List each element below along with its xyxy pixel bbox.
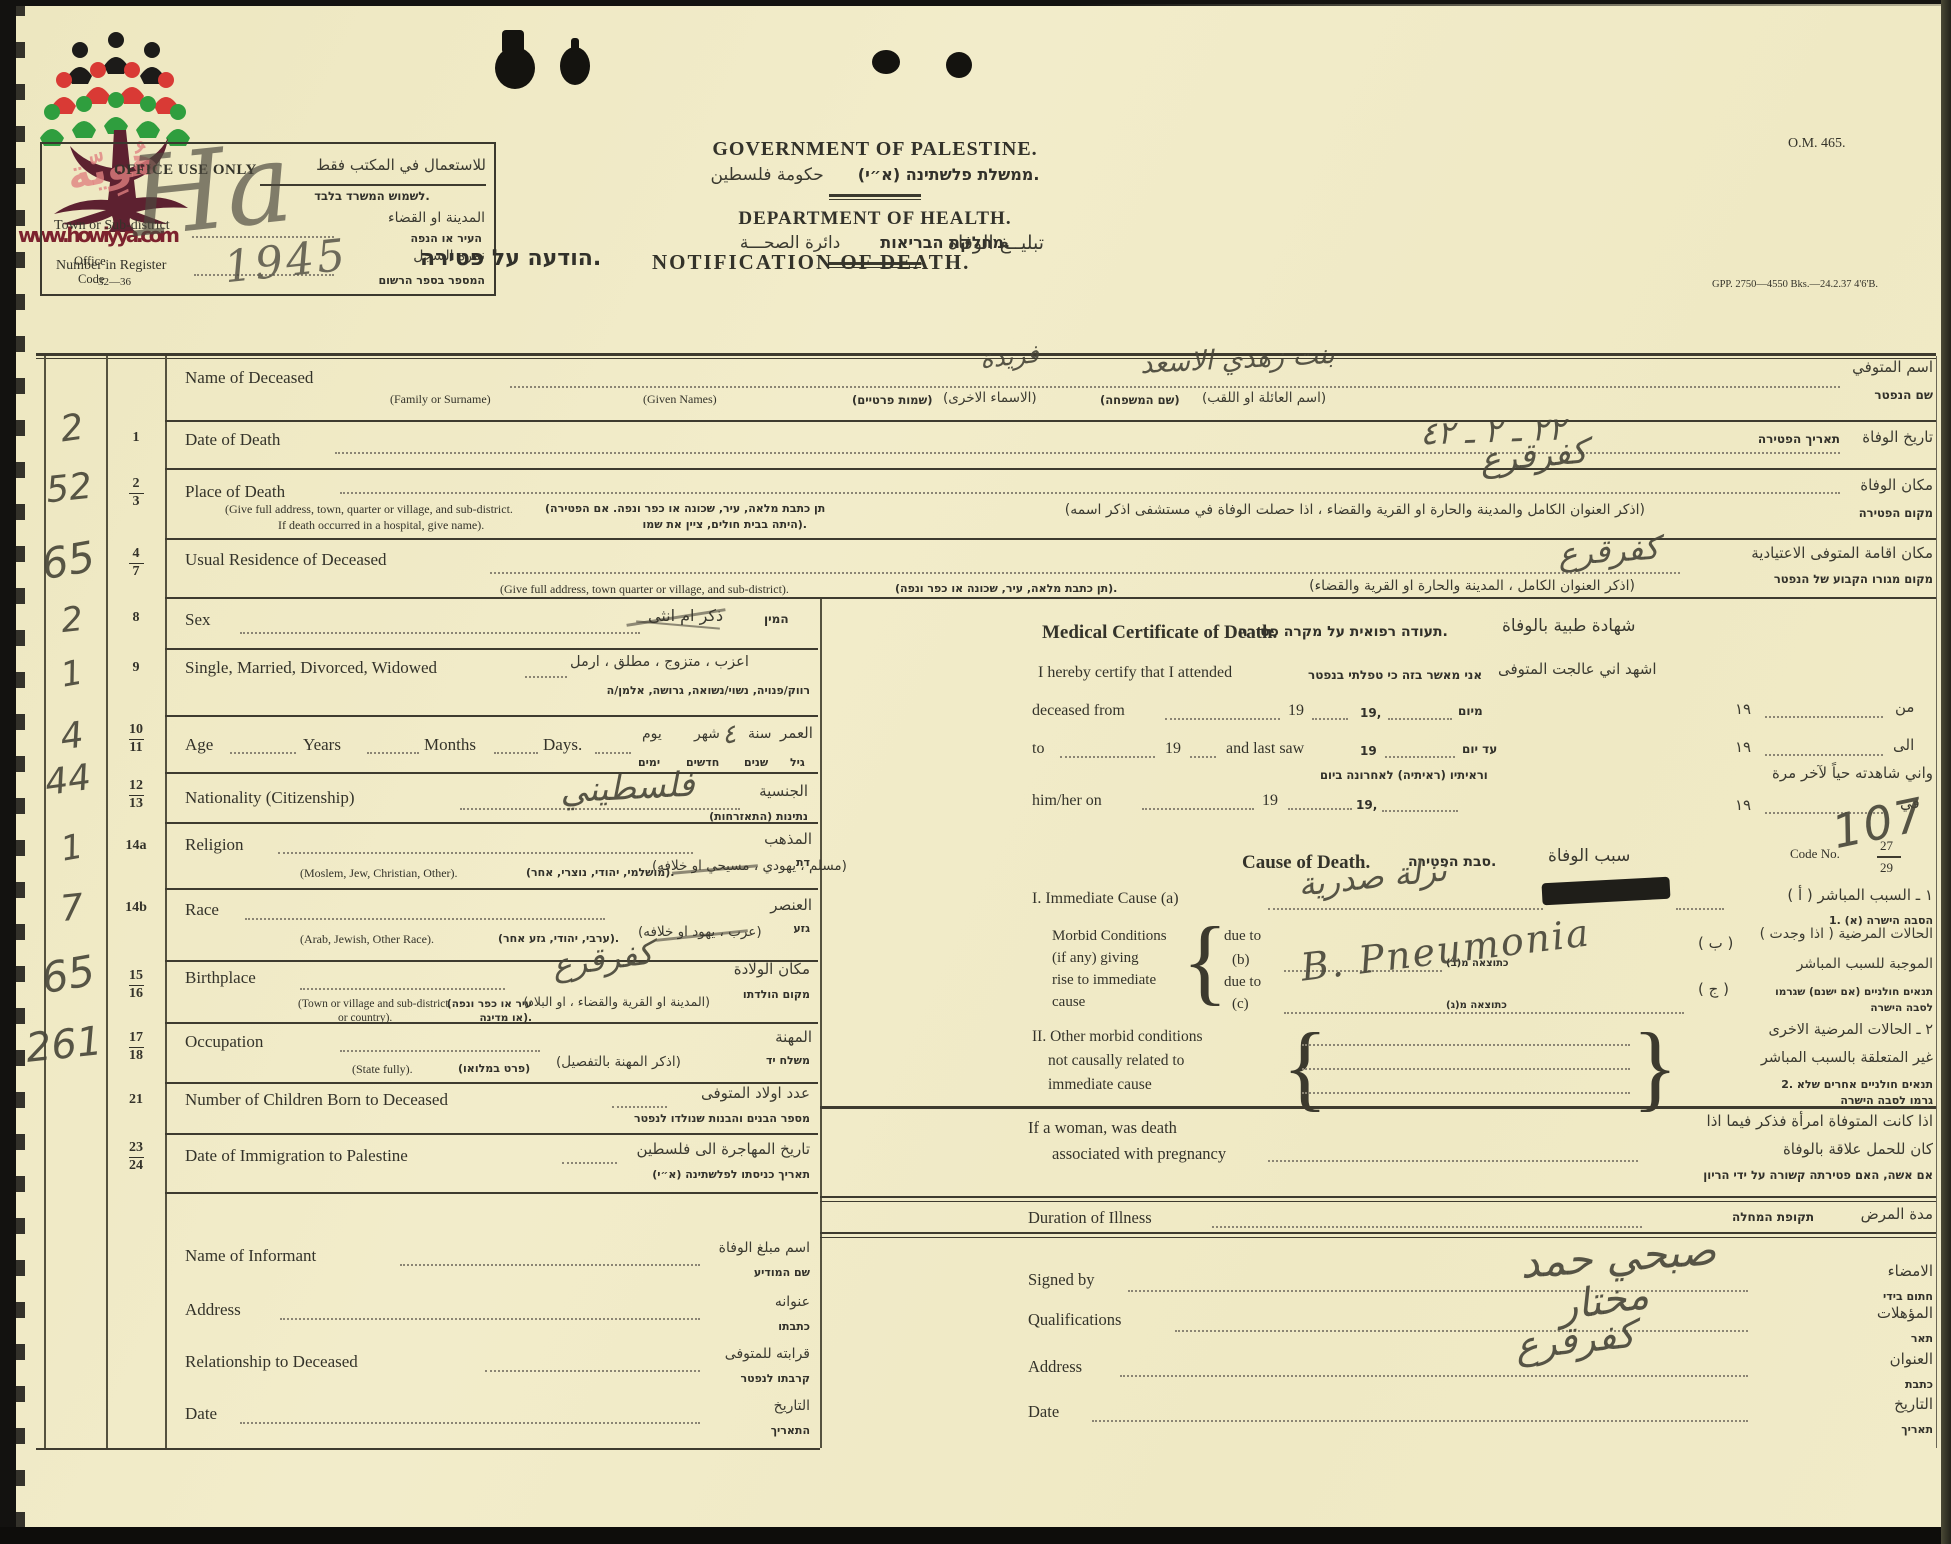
certify-statement-ar: اشهد اني عالجت المتوفى [1498,660,1657,678]
marital-label-ar: اعزب ، متزوج ، مطلق ، ارمل [570,654,749,670]
occupation-sub-ar: (اذكر المهنة بالتفصيل) [556,1054,681,1070]
print-reference: GPP. 2750—4550 Bks.—24.2.37 4'6'B. [1712,279,1878,290]
informant-relationship-label-he: קרבתו לנפטר [712,1372,810,1385]
birthplace-sub-en: (Town or village and sub-district [298,998,449,1010]
pregnancy-question-en: If a woman, was death [1028,1118,1177,1138]
office-code-value: 52 [28,464,110,513]
row-number: 21 [108,1092,164,1108]
place-sub-en: If death occurred in a hospital, give na… [278,518,484,533]
informant-address-fill-line [280,1318,700,1320]
marital-label-he: רווק/פנויה, נשוי/נשואה, גרושה, אלמן/ה [548,684,810,697]
last-saw-19-ar: ١٩ [1735,796,1751,814]
due-to-c-he: כתוצאה מ(ג) [1446,1000,1507,1011]
nationality-label-ar: الجنسية [748,782,808,800]
row-rule [165,468,1936,470]
c-label: (c) [1232,996,1249,1013]
brace-glyph: { [1282,1022,1328,1112]
row-number: 47 [108,546,164,580]
certify-statement-en: I hereby certify that I attended [1038,664,1232,682]
department-title-en: DEPARTMENT OF HEALTH. [640,208,1110,230]
other-morbid-text: immediate cause [1048,1076,1152,1094]
government-title-ar: حكومة فلسطين [711,165,824,185]
field-occupation: Occupation [185,1032,263,1052]
field-nationality: Nationality (Citizenship) [185,788,355,808]
children-label-ar: عدد اولاد المتوفى [672,1084,810,1102]
residence-sub-he: (תן כתבת מלאה, עיר, שכונה או כפר ונפה). [895,582,1117,595]
age-months-ar: شهر [694,726,720,742]
immediate-cause-label: I. Immediate Cause (a) [1032,890,1179,908]
row-rule [165,1133,818,1135]
cause-code-27: 27 [1880,838,1893,854]
panel-rule [820,1237,1936,1238]
row-number: 14a [108,838,164,854]
code-underline [1877,856,1901,858]
age-days-label: Days. [543,735,582,755]
place-fill-line [340,492,1840,494]
birthplace-fill-line [300,988,505,990]
row-rule [165,888,818,890]
race-label-ar: العنصر [752,896,812,914]
duration-label-ar: مدة المرض [1848,1205,1933,1223]
field-immigration-date: Date of Immigration to Palestine [185,1146,408,1166]
morbid-label-ar: الموجبة للسبب المباشر [1745,956,1933,972]
morbid-conditions-text: (if any) giving [1052,950,1139,967]
cause-of-death-title-ar: سبب الوفاة [1548,846,1630,866]
government-title-he: ממשלת פלשתינה (א״י). [858,165,1040,184]
qualifications-label: Qualifications [1028,1310,1121,1330]
fill-line [1284,1012,1684,1014]
marital-fill-line [525,676,567,678]
place-sub-ar: (اذكر العنوان الكامل والمدينة والحارة او… [815,502,1645,518]
place-sub-he: (תן כתבת מלאה, עיר, שכונה או כפר ונפה. א… [545,502,807,515]
informant-date-label-he: התאריך [728,1424,810,1437]
other-morbid-text: II. Other morbid conditions [1032,1028,1202,1046]
signed-by-label-he: חתום בידי [1850,1290,1933,1303]
age-years-label: Years [303,735,341,755]
last-saw-him-her-label: him/her on [1032,792,1102,810]
due-to-c-label: due to [1224,974,1261,991]
field-informant-relationship: Relationship to Deceased [185,1352,358,1372]
brace-glyph: { [1182,916,1228,1006]
qualifications-label-ar: المؤهلات [1850,1304,1933,1322]
fill-line [1288,808,1352,810]
office-code-column-label: Office [74,254,106,269]
handwritten-nationality: فلسطيني [559,765,696,812]
office-code-value: 2 [34,596,110,643]
attended-to-19-he: 19 [1360,744,1377,758]
top-scan-edge [0,0,1951,6]
attended-from-19: 19 [1288,702,1304,720]
fill-line [1268,908,1543,910]
table-bottom-rule [36,1448,820,1450]
table-right-edge-line [1936,356,1937,1448]
informant-name-label-he: שם המודיע [728,1266,810,1279]
occupation-sub-he: (פרט במלואו) [458,1062,530,1075]
c-label-ar: ( ج ) [1698,980,1729,998]
town-label-he: העיר או הנפה [362,232,482,245]
medical-certificate-title-he: תעודה רפואית על מקרה פטירה. [1238,624,1448,640]
cause-code-no-label: Code No. [1790,846,1840,862]
punch-hole-mark [502,30,524,54]
attended-to-19: 19 [1165,740,1181,758]
name-sub-given-ar: (الاسماء الاخرى) [943,390,1037,406]
brace-glyph: } [1632,1022,1678,1112]
other-morbid-label-he: 2. תנאים חולניים אחרים שלא [1718,1078,1933,1091]
duration-of-illness-label: Duration of Illness [1028,1208,1152,1228]
field-birthplace: Birthplace [185,968,256,988]
row-rule [165,772,818,774]
row-number: 2324 [108,1140,164,1174]
religion-label-ar: المذهب [752,830,812,848]
age-years-he: שנים [744,756,768,769]
field-race: Race [185,900,219,920]
age-months-label: Months [424,735,476,755]
religion-fill-line [278,852,693,854]
date-label-he: תאריך הפטירה [1740,432,1840,446]
field-age: Age [185,735,213,755]
morbid-label-he: לסבה הישרה [1800,1002,1933,1014]
row-number: 1213 [108,778,164,812]
last-saw-he: וראיתיו (ראיתיה) לאחרונה ביום [1320,768,1488,782]
race-sub-en: (Arab, Jewish, Other Race). [300,932,434,947]
doctor-date-label: Date [1028,1402,1059,1422]
attended-to-ar: الى [1893,736,1914,754]
pregnancy-question-ar: كان للحمل علاقة بالوفاة [1740,1140,1933,1158]
age-fill-line [595,752,631,754]
fill-line [1212,1226,1642,1228]
field-informant-name: Name of Informant [185,1246,316,1266]
name-sub-family-he: (שם המשפחה) [1100,393,1180,407]
name-label-ar: اسم المتوفي [1845,358,1933,376]
name-fill-line [510,386,1840,388]
informant-address-label-he: כתבתו [742,1320,810,1333]
morbid-label-he: תנאים חולניים (אם ישנם) שגרמו [1735,986,1933,998]
informant-date-fill-line [240,1422,700,1424]
underline [260,184,486,186]
form-title-en: NOTIFICATION OF DEATH. [652,250,970,275]
fill-line [1092,1420,1748,1422]
birthplace-sub-en: or country). [338,1012,392,1024]
informant-address-label-ar: عنوانه [742,1294,810,1310]
field-usual-residence: Usual Residence of Deceased [185,550,387,570]
office-code-column-label: Code [78,272,104,287]
row-rule [165,1192,818,1194]
panel-rule [820,1196,1936,1198]
panel-heavy-rule [820,1106,1936,1109]
last-saw-ar: واني شاهدته حياً لآخر مرة [1705,764,1933,782]
last-saw-label: and last saw [1226,740,1304,758]
field-date-of-death: Date of Death [185,430,280,450]
fill-line [1128,1290,1748,1292]
form-title-he: הודעה על פטירה. [420,246,601,271]
field-religion: Religion [185,835,244,855]
office-use-only-box: OFFICE USE ONLY للاستعمال في المكتب فقط … [40,142,496,296]
informant-date-label-ar: التاريخ [742,1398,810,1414]
handwritten-given-name: فريدة [979,339,1041,374]
residence-sub-en: (Give full address, town quarter or vill… [500,582,789,597]
sex-label-he: המין [764,612,789,626]
last-saw-19: 19 [1262,792,1278,810]
fill-line [1385,756,1455,758]
b-label-ar: ( ب ) [1698,934,1733,952]
informant-name-fill-line [400,1264,700,1266]
fill-line [1312,718,1348,720]
morbid-conditions-text: rise to immediate [1052,972,1156,989]
field-marital-status: Single, Married, Divorced, Widowed [185,658,437,678]
immediate-cause-label-ar: ١ ـ السبب المباشر ( أ ) [1725,886,1933,904]
row-number: 1011 [108,722,164,756]
fill-line [1165,718,1280,720]
place-sub-he: היתה בבית חולים, ציין את שמו). [545,518,807,531]
fill-line [1190,756,1216,758]
row-rule [165,597,1936,599]
fill-line [1120,1375,1748,1377]
right-scan-edge [1941,0,1951,1544]
name-sub-family-ar: (اسم العائلة او اللقب) [1202,390,1326,406]
fill-line [1268,1160,1638,1162]
pregnancy-question-ar: اذا كانت المتوفاة امرأة فذكر فيما اذا [1690,1112,1933,1130]
government-title-en: GOVERNMENT OF PALESTINE. [640,138,1110,161]
field-place-of-death: Place of Death [185,482,285,502]
doctor-address-label: Address [1028,1357,1082,1377]
birthplace-sub-he: או מדינה). [432,1012,532,1024]
race-fill-line [245,918,605,920]
age-label-he: גיל [790,756,805,769]
town-label-ar: المدينة او القضاء [340,210,485,226]
residence-label-ar: مكان اقامة المتوفى الاعتيادية [1715,544,1933,562]
scanned-death-notification-form: هُوِيّة www.howiyya.com OFFICE USE ONLY … [0,0,1951,1544]
residence-sub-ar: (اذكر العنوان الكامل ، المدينة والحارة ا… [1180,578,1635,594]
office-code-value: 7 [34,884,110,932]
duration-label-he: תקופת המחלה [1732,1210,1814,1224]
signed-by-label-ar: الامضاء [1860,1262,1933,1280]
row-rule [165,715,818,717]
children-label-he: מספר הבנים והבנות שנולדו לנפטר [595,1112,810,1125]
other-morbid-label-ar: غير المتعلقة بالسبب المباشر [1718,1050,1933,1066]
fill-line [1765,716,1883,718]
attended-from-ar: من [1895,698,1914,716]
punch-hole-mark [571,38,579,52]
cause-code-29: 29 [1880,860,1893,876]
qualifications-label-he: תאר [1895,1332,1933,1345]
fill-line [1302,1044,1630,1046]
name-sub-family: (Family or Surname) [390,392,491,407]
morbid-conditions-text: Morbid Conditions [1052,928,1167,945]
field-informant-date: Date [185,1404,217,1424]
panel-rule [820,1201,1936,1202]
other-morbid-label-ar: ٢ ـ الحالات المرضية الاخرى [1718,1022,1933,1038]
date-label-ar: تاريخ الوفاة [1845,428,1933,446]
doctor-date-label-ar: التاريخ [1858,1395,1933,1413]
attended-to-label: to [1032,740,1044,758]
children-fill-line [612,1106,667,1108]
row-number: 1718 [108,1030,164,1064]
birthplace-label-ar: مكان الولادة [718,960,810,978]
form-title-ar: تبليــغ الوفاة [948,232,1044,254]
name-sub-given-he: (שמות פרטיים) [852,393,932,407]
b-label: (b) [1232,952,1250,969]
row-number: 1 [108,430,164,446]
fill-line [1060,756,1155,758]
field-name-of-deceased: Name of Deceased [185,368,313,388]
fill-line [1302,1068,1630,1070]
row-number: 1516 [108,968,164,1002]
header-divider [829,194,921,200]
date-fill-line [335,452,1840,454]
punch-hole-mark [946,52,972,78]
field-sex: Sex [185,610,211,630]
fill-line [1676,908,1724,910]
row-number: 8 [108,610,164,626]
office-use-only-label-he: לשמוש המשרד בלבד. [282,189,462,203]
morbid-label-ar: الحالات المرضية ( اذا وجدت ) [1730,926,1933,942]
religion-label-he: דת [788,856,810,869]
panel-divider-line [820,597,822,1448]
occupation-fill-line [340,1050,540,1052]
attended-to-he: עד יום [1462,742,1497,756]
residence-fill-line [490,572,1680,574]
punch-hole-mark [560,47,590,85]
occupation-label-he: משלח יד [722,1054,810,1067]
signed-by-label: Signed by [1028,1270,1094,1290]
attended-to-19-ar: ١٩ [1735,738,1751,756]
attended-from-19-he: 19, [1360,706,1381,720]
immigration-label-ar: تاريخ المهاجرة الى فلسطين [622,1140,810,1158]
immigration-fill-line [562,1162,617,1164]
handwritten-residence: كفرقرع [1557,529,1661,574]
field-informant-address: Address [185,1300,241,1320]
fill-line [1175,1330,1748,1332]
age-fill-line [367,752,419,754]
place-sub-en: (Give full address, town, quarter or vil… [225,502,513,517]
informant-relationship-label-ar: قرابته للمتوفى [695,1346,810,1362]
register-label-he: המספר בספר הרשום [342,274,485,287]
residence-label-he: מקום מגורו הקבוע של הנפטר [1715,572,1933,586]
attended-from-label: deceased from [1032,702,1125,720]
fill-line [1142,808,1254,810]
sex-fill-line [240,632,640,634]
due-to-b-label: due to [1224,928,1261,945]
age-days-ar: يوم [642,726,662,742]
fill-line [1388,718,1452,720]
religion-sub-en: (Moslem, Jew, Christian, Other). [300,866,458,881]
attended-from-he: מיום [1458,704,1483,718]
left-torn-edge [0,0,16,1544]
pregnancy-question-he: אם אשה, האם פטירתה קשורה על ידי הריון [1672,1168,1933,1182]
age-fill-line [494,752,538,754]
row-rule [165,420,1936,422]
fill-line [1765,754,1883,756]
field-children-born: Number of Children Born to Deceased [185,1090,448,1110]
bottom-scan-edge [0,1527,1951,1544]
morbid-conditions-text: cause [1052,994,1085,1011]
row-number: 9 [108,660,164,676]
age-years-ar: سنة [748,726,771,742]
table-vertical-line [165,356,167,1448]
informant-name-label-ar: اسم مبلغ الوفاة [700,1240,810,1256]
last-saw-19-he: 19, [1356,798,1377,812]
name-label-he: שם הנפטר [1845,388,1933,402]
fill-line [1382,810,1458,812]
certify-statement-he: אני מאשר בזה כי טפלתי בנפטר [1308,668,1482,682]
fill-line [1302,1092,1630,1094]
birthplace-sub-ar: (المدينة او القرية والقضاء ، او البلاد) [505,994,710,1009]
doctor-address-label-ar: العنوان [1856,1350,1933,1368]
doctor-address-label-he: כתבת [1880,1378,1933,1391]
age-label-ar: العمر [780,724,813,742]
age-fill-line [230,752,296,754]
row-rule [165,648,818,650]
name-sub-given: (Given Names) [643,392,717,407]
birthplace-label-he: מקום הולדתו [705,988,810,1001]
panel-rule [820,1232,1936,1234]
place-label-he: מקום הפטירה [1840,506,1933,520]
immigration-label-he: תאריך כניסתו לפלשתינה (א״י) [600,1168,810,1181]
race-label-he: גזע [782,922,810,935]
occupation-sub-en: (State fully). [352,1062,413,1077]
medical-certificate-title-ar: شهادة طبية بالوفاة [1502,616,1636,636]
informant-relationship-fill-line [485,1370,700,1372]
row-rule [165,538,1936,540]
other-morbid-text: not causally related to [1048,1052,1184,1070]
occupation-label-ar: المهنة [752,1028,812,1046]
punch-hole-mark [872,50,900,74]
place-label-ar: مكان الوفاة [1845,476,1933,494]
nationality-label-he: נתינות (התאזרחות) [680,810,808,823]
logo-people-arc [40,32,190,146]
form-reference-om: O.M. 465. [1788,136,1846,152]
pregnancy-question-en: associated with pregnancy [1052,1144,1226,1164]
doctor-date-label-he: תאריך [1880,1423,1933,1436]
row-number: 23 [108,476,164,510]
row-number: 14b [108,900,164,916]
attended-from-19-ar: ١٩ [1735,700,1751,718]
